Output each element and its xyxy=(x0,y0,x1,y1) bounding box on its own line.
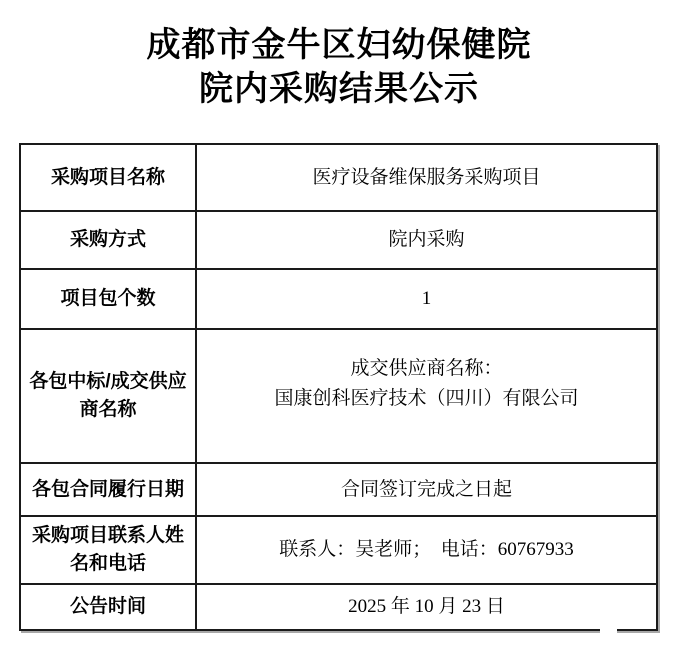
row-value-winning-supplier: 成交供应商名称： 国康创科医疗技术（四川）有限公司 xyxy=(196,329,657,463)
page-title: 成都市金牛区妇幼保健院 院内采购结果公示 xyxy=(0,0,678,112)
table-row: 采购项目联系人姓名和电话 联系人：吴老师； 电话：60767933 xyxy=(20,516,657,584)
row-label-procurement-method: 采购方式 xyxy=(20,211,196,269)
table-row: 公告时间 2025 年 10 月 23 日 xyxy=(20,584,657,630)
row-label-contact-info: 采购项目联系人姓名和电话 xyxy=(20,516,196,584)
announcement-page: 成都市金牛区妇幼保健院 院内采购结果公示 采购项目名称 医疗设备维保服务采购项目… xyxy=(0,0,678,655)
row-value-project-name: 医疗设备维保服务采购项目 xyxy=(196,144,657,211)
table-row: 项目包个数 1 xyxy=(20,269,657,329)
procurement-result-table: 采购项目名称 医疗设备维保服务采购项目 采购方式 院内采购 项目包个数 1 各包… xyxy=(19,143,658,631)
row-value-announcement-date: 2025 年 10 月 23 日 xyxy=(196,584,657,630)
row-label-contract-period: 各包合同履行日期 xyxy=(20,463,196,516)
page-title-line-1: 成都市金牛区妇幼保健院 xyxy=(0,24,678,68)
table-border-gap-artifact xyxy=(600,624,617,635)
row-value-package-count: 1 xyxy=(196,269,657,329)
table-row: 采购项目名称 医疗设备维保服务采购项目 xyxy=(20,144,657,211)
table-row: 各包中标/成交供应商名称 成交供应商名称： 国康创科医疗技术（四川）有限公司 xyxy=(20,329,657,463)
row-value-contact-info: 联系人：吴老师； 电话：60767933 xyxy=(196,516,657,584)
row-value-procurement-method: 院内采购 xyxy=(196,211,657,269)
row-value-contract-period: 合同签订完成之日起 xyxy=(196,463,657,516)
page-title-line-2: 院内采购结果公示 xyxy=(0,68,678,112)
row-label-package-count: 项目包个数 xyxy=(20,269,196,329)
row-label-winning-supplier: 各包中标/成交供应商名称 xyxy=(20,329,196,463)
table-row: 各包合同履行日期 合同签订完成之日起 xyxy=(20,463,657,516)
row-label-announcement-date: 公告时间 xyxy=(20,584,196,630)
table-row: 采购方式 院内采购 xyxy=(20,211,657,269)
row-label-project-name: 采购项目名称 xyxy=(20,144,196,211)
